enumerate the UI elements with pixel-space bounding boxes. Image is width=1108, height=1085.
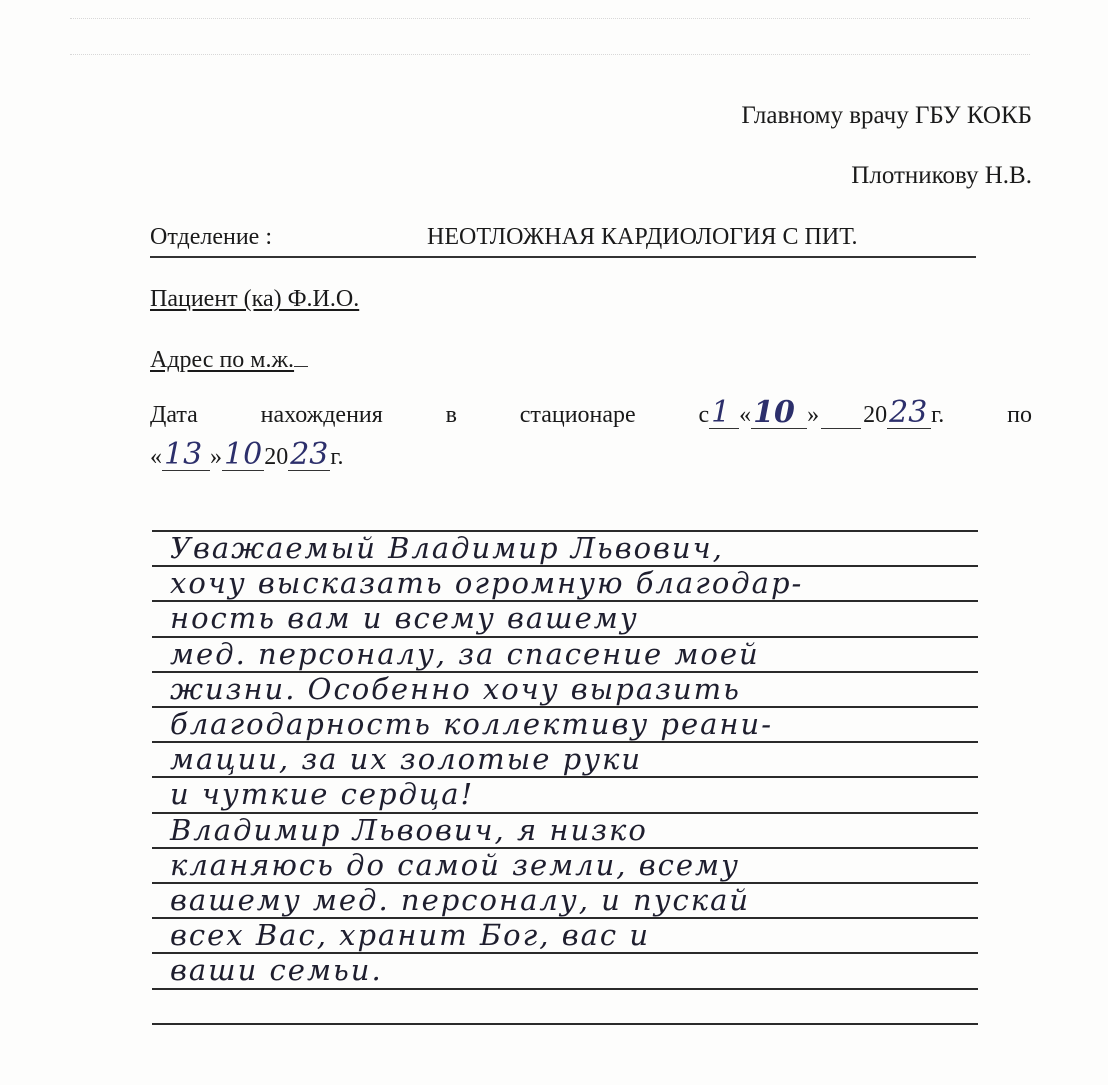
to-label: по [1007,402,1032,429]
department-field: Отделение : НЕОТЛОЖНАЯ КАРДИОЛОГИЯ С ПИТ… [150,222,976,258]
to-month: 10 [222,440,264,471]
patient-label: Пациент (ка) Ф.И.О. [150,286,359,312]
letter-line: жизни. Особенно хочу выразить [170,672,741,706]
letter-line: вашему мед. персоналу, и пускай [170,883,750,917]
to-year: 23 [288,440,330,471]
stay-label-word: стационаре [520,402,636,429]
letter-line: мед. персоналу, за спасение моей [170,637,760,671]
addressee-line-2: Плотникову Н.В. [851,162,1032,190]
letter-line: ность вам и всему вашему [170,601,639,635]
department-value: НЕОТЛОЖНАЯ КАРДИОЛОГИЯ С ПИТ. [427,224,857,251]
stay-label-word: Дата [150,402,198,429]
bleed-through-line [70,18,1030,19]
patient-field: Пациент (ка) Ф.И.О. [150,286,359,313]
department-label: Отделение : [150,224,272,251]
letter-line: и чуткие сердца! [170,777,474,811]
stay-dates-line-2: « 13 » 10 20 23 г. [150,440,344,471]
letter-line: Владимир Львович, я низко [170,813,648,847]
address-label: Адрес по м.ж. [150,347,294,373]
ruled-line [152,988,978,990]
addressee-line-1: Главному врачу ГБУ КОКБ [741,102,1032,130]
letter-line: благодарность коллективу реани- [170,707,773,741]
from-year: 23 [887,398,931,429]
stay-from-date: с 1 « 10 » 20 23 г. [699,398,945,429]
from-day: 1 [709,398,739,429]
from-blank [821,404,861,429]
letter-line: ваши семьи. [170,953,383,987]
letter-line: кланяюсь до самой земли, всему [170,848,740,882]
letter-line: мации, за их золотые руки [170,742,642,776]
stay-label-word: в [446,402,457,429]
letter-line: Уважаемый Владимир Львович, [170,531,724,565]
address-field: Адрес по м.ж. [150,342,308,374]
stay-dates-line-1: Дата нахождения в стационаре с 1 « 10 » … [150,398,1032,429]
address-blank [294,342,308,367]
letter-line: хочу высказать огромную благодар- [170,566,803,600]
ruled-line [152,1023,978,1025]
stay-label-word: нахождения [261,402,383,429]
bleed-through-line [70,54,1030,55]
letter-line: всех Вас, хранит Бог, вас и [170,918,650,952]
from-month: 10 [751,398,807,429]
to-day: 13 [162,440,210,471]
